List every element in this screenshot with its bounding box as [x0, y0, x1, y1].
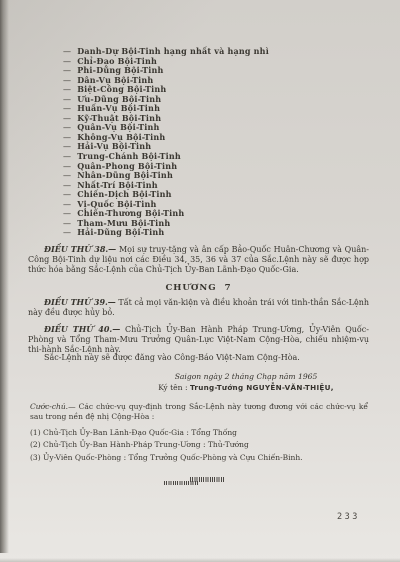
medal-name: Dân-Vụ Bội-Tinh — [77, 75, 153, 85]
medal-name: Quân-Phong Bội-Tinh — [77, 161, 177, 171]
footnote-item: (3) Ủy-Viên Quốc-Phòng : Tổng Trưởng Quố… — [30, 452, 368, 464]
footnote-item: (2) Chủ-Tịch Ủy-Ban Hành-Pháp Trung-Ương… — [30, 439, 368, 451]
list-dash: — — [63, 66, 71, 75]
medal-name: Danh-Dự Bội-Tinh hạng nhất và hạng nhì — [77, 46, 269, 56]
list-dash: — — [63, 171, 71, 180]
list-dash: — — [63, 114, 71, 123]
medal-name: Phi-Dũng Bội-Tinh — [77, 65, 163, 75]
medal-name: Trung-Chánh Bội-Tinh — [77, 151, 181, 161]
list-dash: — — [63, 181, 71, 190]
medal-list-item: —Hải-Dũng Bội-Tinh — [63, 228, 269, 238]
document-page: —Danh-Dự Bội-Tinh hạng nhất và hạng nhì … — [0, 0, 400, 562]
article-39: ĐIỀU THỨ 39.— Tất cả mọi văn-kiện và điề… — [28, 297, 369, 318]
list-dash: — — [63, 190, 71, 199]
chapter-heading: CHƯƠNG7 — [28, 283, 369, 293]
medal-name: Chiến-Thương Bội-Tinh — [77, 208, 184, 218]
list-dash: — — [63, 228, 71, 237]
article-38: ĐIỀU THỨ 38.— Mọi sự truy-tặng và ân cấp… — [28, 244, 369, 275]
list-dash: — — [63, 57, 71, 66]
page-number: 233 — [337, 512, 360, 522]
footnote-intro-text: Các chức-vụ quy-định trong Sắc-Lệnh này … — [30, 402, 368, 421]
chapter-word: CHƯƠNG — [165, 283, 216, 293]
medal-name: Không-Vụ Bội-Tinh — [77, 132, 165, 142]
medal-name: Nhân-Dũng Bội-Tinh — [77, 170, 173, 180]
medal-name: Kỹ-Thuật Bội-Tinh — [77, 113, 161, 123]
hatch-separator-ornament — [164, 477, 224, 487]
footnote-items: (1) Chủ-Tịch Ủy-Ban Lãnh-Đạo Quốc-Gia : … — [30, 427, 368, 464]
list-dash: — — [63, 47, 71, 56]
footnote-label: Cước-chú.— — [30, 402, 76, 411]
footnote-item: (1) Chủ-Tịch Ủy-Ban Lãnh-Đạo Quốc-Gia : … — [30, 427, 368, 439]
article-40-label: ĐIỀU THỨ 40.— — [44, 324, 120, 334]
list-dash: — — [63, 142, 71, 151]
list-dash: — — [63, 219, 71, 228]
list-dash: — — [63, 76, 71, 85]
binding-edge-shadow — [0, 0, 9, 553]
list-dash: — — [63, 104, 71, 113]
list-dash: — — [63, 123, 71, 132]
list-dash: — — [63, 85, 71, 94]
medal-name: Chiến-Dịch Bội-Tinh — [77, 189, 171, 199]
medal-name: Nhất-Trí Bội-Tinh — [77, 180, 158, 190]
list-dash: — — [63, 209, 71, 218]
hatch-row — [164, 481, 199, 486]
signature-block: Saigon ngày 2 tháng Chạp năm 1965 Ký tên… — [146, 372, 346, 393]
signature-place-date: Saigon ngày 2 tháng Chạp năm 1965 — [146, 372, 346, 382]
medal-name: Ưu-Dũng Bội-Tinh — [77, 94, 161, 104]
article-38-label: ĐIỀU THỨ 38.— — [44, 244, 116, 254]
signer-name: Trung-Tướng NGUYỄN-VĂN-THIỆU, — [190, 383, 334, 392]
medal-name: Tham-Mưu Bội-Tinh — [77, 218, 170, 228]
chapter-number: 7 — [225, 283, 232, 293]
medal-list: —Danh-Dự Bội-Tinh hạng nhất và hạng nhì … — [63, 47, 269, 238]
article-39-label: ĐIỀU THỨ 39.— — [44, 297, 116, 307]
medal-name: Quân-Vụ Bội-Tinh — [77, 122, 159, 132]
medal-name: Hải-Vụ Bội-Tinh — [77, 141, 151, 151]
medal-name: Chỉ-Đạo Bội-Tinh — [77, 56, 157, 66]
medal-name: Biệt-Công Bội-Tinh — [77, 84, 166, 94]
footnote-intro: Cước-chú.— Các chức-vụ quy-định trong Sắ… — [30, 402, 368, 422]
article-40: ĐIỀU THỨ 40.— Chủ-Tịch Ủy-Ban Hành Pháp … — [28, 324, 369, 355]
medal-name: Huấn-Vụ Bội-Tinh — [77, 103, 160, 113]
signature-line: Ký tên : Trung-Tướng NGUYỄN-VĂN-THIỆU, — [146, 382, 346, 393]
list-dash: — — [63, 162, 71, 171]
list-dash: — — [63, 133, 71, 142]
medal-name: Hải-Dũng Bội-Tinh — [77, 227, 164, 237]
list-dash: — — [63, 95, 71, 104]
list-dash: — — [63, 152, 71, 161]
signed-prefix: Ký tên : — [158, 383, 187, 392]
list-dash: — — [63, 200, 71, 209]
publication-line: Sắc-Lệnh này sẽ được đăng vào Công-Báo V… — [28, 353, 369, 363]
medal-name: Vị-Quốc Bội-Tinh — [77, 199, 156, 209]
